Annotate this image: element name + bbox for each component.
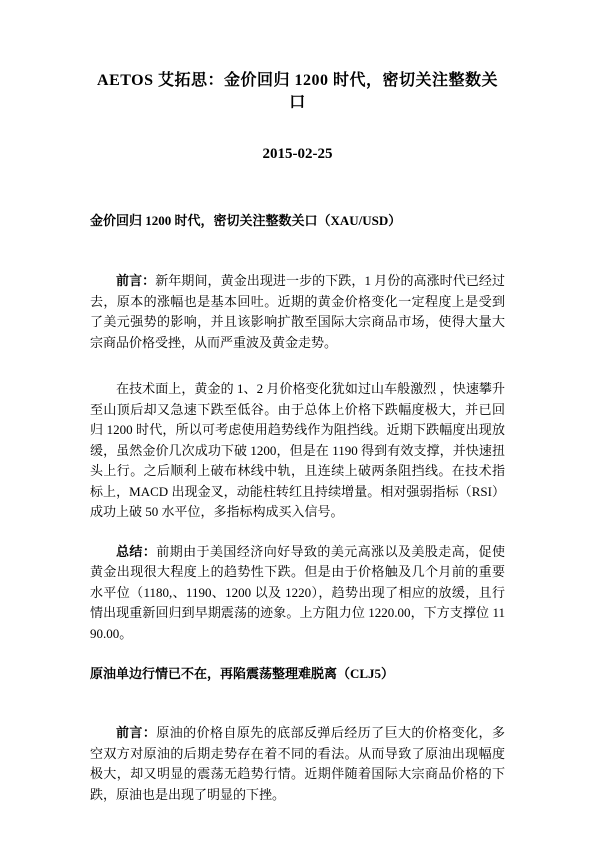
section-gold: 金价回归 1200 时代，密切关注整数关口（XAU/USD） 前言：新年期间，黄… [90, 212, 505, 644]
paragraph-text: 在技术面上，黄金的 1、2 月价格变化犹如过山车般激烈 ，快速攀升至山顶后却又急… [90, 381, 505, 519]
document-date: 2015-02-25 [90, 144, 505, 165]
paragraph-label-summary: 总结： [116, 544, 156, 559]
paragraph-gold-foreword: 前言：新年期间，黄金出现进一步的下跌，1 月份的高涨时代已经过去，原本的涨幅也是… [90, 271, 505, 353]
document-content: AETOS 艾拓思：金价回归 1200 时代，密切关注整数关口 2015-02-… [0, 0, 595, 805]
paragraph-gold-technical: 在技术面上，黄金的 1、2 月价格变化犹如过山车般激烈 ，快速攀升至山顶后却又急… [90, 379, 505, 523]
document-title: AETOS 艾拓思：金价回归 1200 时代，密切关注整数关口 [90, 70, 505, 114]
paragraph-label-foreword: 前言： [116, 725, 156, 740]
document-page: AETOS 艾拓思：金价回归 1200 时代，密切关注整数关口 2015-02-… [0, 0, 595, 842]
paragraph-gold-summary: 总结：前期由于美国经济向好导致的美元高涨以及美股走高，促使黄金出现很大程度上的趋… [90, 542, 505, 645]
section-heading-gold: 金价回归 1200 时代，密切关注整数关口（XAU/USD） [90, 212, 505, 230]
paragraph-oil-foreword: 前言：原油的价格自原先的底部反弹后经历了巨大的价格变化，多空双方对原油的后期走势… [90, 723, 505, 805]
paragraph-label-foreword: 前言： [116, 273, 155, 288]
section-crude-oil: 原油单边行情已不在，再陷震荡整理难脱离（CLJ5） 前言：原油的价格自原先的底部… [90, 665, 505, 805]
section-heading-crude-oil: 原油单边行情已不在，再陷震荡整理难脱离（CLJ5） [90, 665, 505, 683]
